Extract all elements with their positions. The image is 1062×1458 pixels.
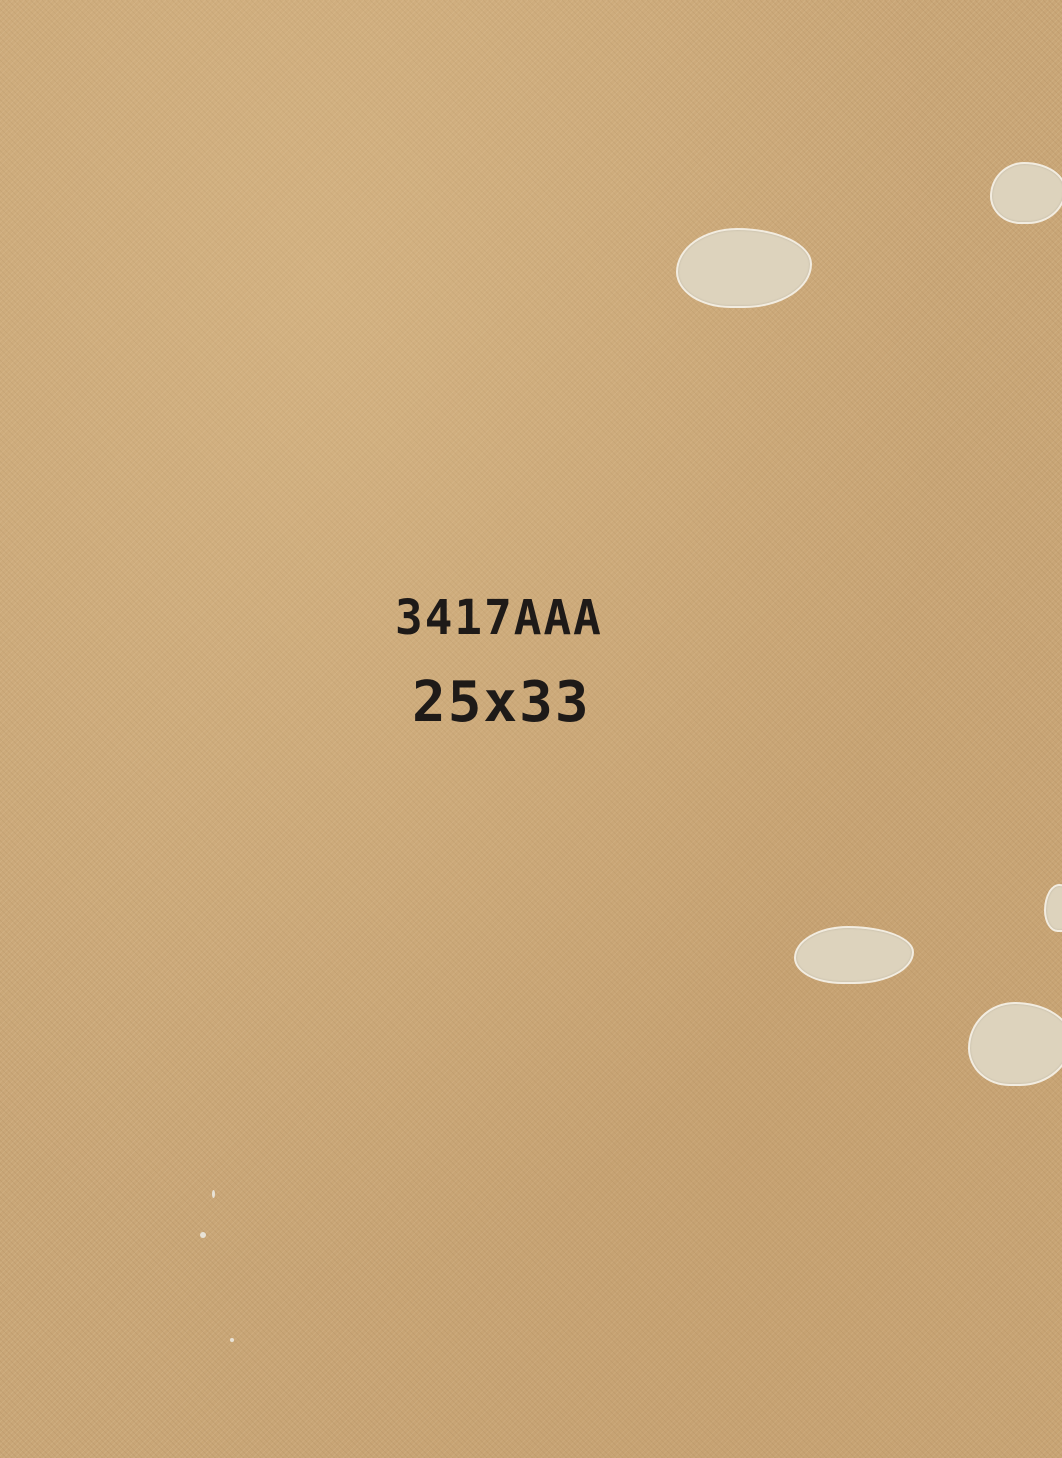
canvas-size: 25x33	[412, 670, 591, 735]
inventory-code: 3417AAA	[395, 589, 603, 646]
paint-spot	[794, 926, 914, 984]
speck	[200, 1232, 206, 1238]
paint-spot	[990, 162, 1062, 224]
paint-spot	[676, 228, 812, 308]
speck	[212, 1190, 215, 1198]
paint-spot	[968, 1002, 1062, 1086]
paint-spot	[1044, 884, 1062, 932]
speck	[230, 1338, 234, 1342]
